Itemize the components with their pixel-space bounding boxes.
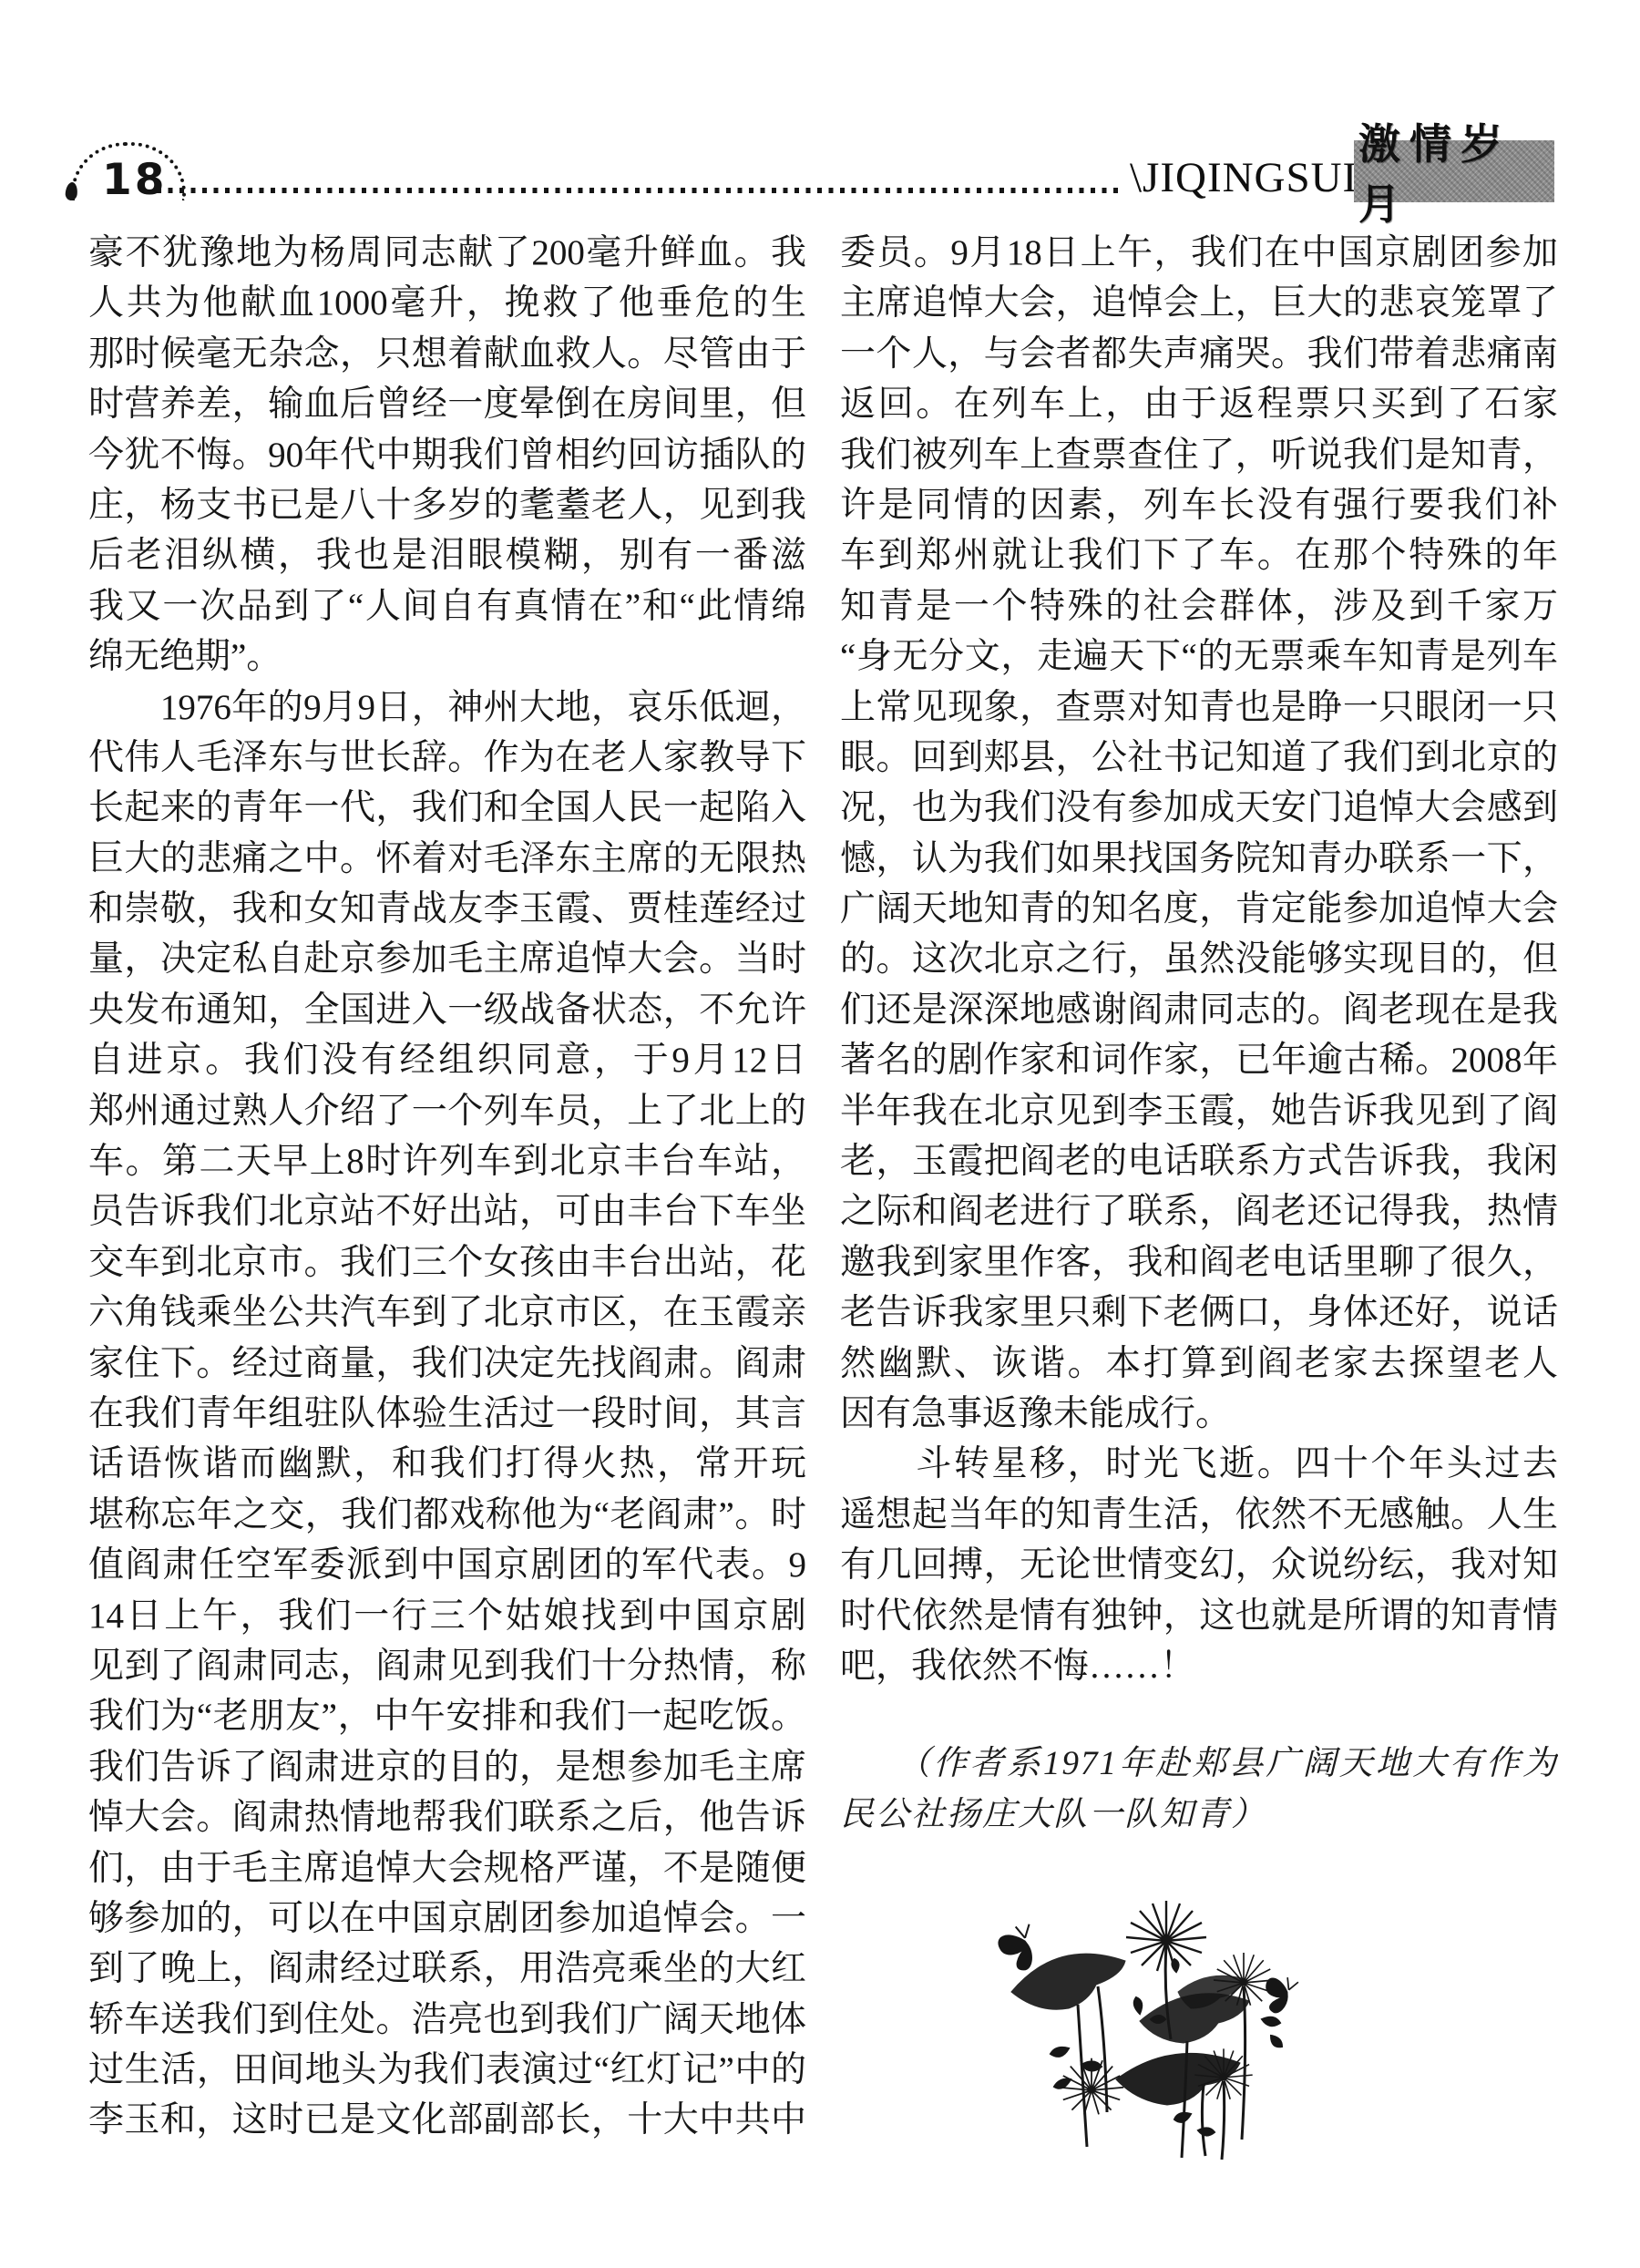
text-line: 豪不犹豫地为杨周同志献了200毫升鲜血。我们四 <box>88 228 806 278</box>
text-line: 眼。回到郏县，公社书记知道了我们到北京的情 <box>840 733 1558 783</box>
text-line: 1976年的9月9日，神州大地，哀乐低迴，一 <box>88 682 806 733</box>
text-line: 人共为他献血1000毫升，挽救了他垂危的生命。 <box>88 278 806 328</box>
text-line: 老，玉霞把阎老的电话联系方式告诉我，我闲暇 <box>840 1136 1558 1186</box>
text-line: 那时候毫无杂念，只想着献血救人。尽管由于当 <box>88 329 806 379</box>
page-number: 18 <box>102 155 167 205</box>
text-line: （作者系1971年赴郏县广阔天地大有作为人 <box>840 1739 1558 1789</box>
text-line: 我们告诉了阎肃进京的目的，是想参加毛主席追 <box>88 1742 806 1792</box>
text-line: 堪称忘年之交，我们都戏称他为“老阎肃”。时 <box>88 1490 806 1540</box>
text-line: 郑州通过熟人介绍了一个列车员，上了北上的列 <box>88 1086 806 1136</box>
text-line: 交车到北京市。我们三个女孩由丰台出站，花了 <box>88 1237 806 1288</box>
text-line: 况，也为我们没有参加成天安门追悼大会感到遗 <box>840 783 1558 833</box>
text-line: 代伟人毛泽东与世长辞。作为在老人家教导下成 <box>88 733 806 783</box>
text-line: 话语恢谐而幽默，和我们打得火热，常开玩笑， <box>88 1439 806 1489</box>
text-line: 主席追悼大会，追悼会上，巨大的悲哀笼罩了每 <box>840 278 1558 328</box>
text-line: 们，由于毛主席追悼大会规格严谨，不是随便能 <box>88 1843 806 1893</box>
section-title-box: 激情岁月 <box>1354 140 1554 202</box>
text-line: 14日上午，我们一行三个姑娘找到中国京剧团， <box>88 1591 806 1641</box>
text-line: 我们被列车上查票查住了，听说我们是知青，也 <box>840 430 1558 480</box>
text-line: 车。第二天早上8时许列车到北京丰台车站，列车 <box>88 1136 806 1186</box>
text-line: 知青是一个特殊的社会群体，涉及到千家万户， <box>840 581 1558 631</box>
text-line: 后老泪纵横，我也是泪眼模糊，别有一番滋味， <box>88 530 806 580</box>
magazine-page: 18 \JIQINGSUIYUE 激情岁月 豪不犹豫地为杨周同志献了200毫升鲜… <box>0 0 1640 2268</box>
text-line: 有几回搏，无论世情变幻，众说纷纭，我对知青 <box>840 1540 1558 1590</box>
text-line: 够参加的，可以在中国京剧团参加追悼会。一直 <box>88 1893 806 1944</box>
text-line: 值阎肃任空军委派到中国京剧团的军代表。9月 <box>88 1540 806 1590</box>
text-line: 们还是深深地感谢阎肃同志的。阎老现在是我国 <box>840 985 1558 1035</box>
text-line: 到了晚上，阎肃经过联系，用浩亮乘坐的大红旗 <box>88 1944 806 1994</box>
text-line: 和崇敬，我和女知青战友李玉霞、贾桂莲经过商 <box>88 884 806 934</box>
right-column: 委员。9月18日上午，我们在中国京剧团参加了毛主席追悼大会，追悼会上，巨大的悲哀… <box>840 228 1558 1840</box>
text-line: 车到郑州就让我们下了车。在那个特殊的年代， <box>840 530 1558 580</box>
text-line: 家住下。经过商量，我们决定先找阎肃。阎肃曾 <box>88 1339 806 1389</box>
text-line: 遥想起当年的知青生活，依然不无感触。人生能 <box>840 1490 1558 1540</box>
text-line: 一个人，与会者都失声痛哭。我们带着悲痛南下 <box>840 329 1558 379</box>
text-line: 过生活，田间地头为我们表演过“红灯记”中的 <box>88 2045 806 2095</box>
section-title: 激情岁月 <box>1358 111 1559 231</box>
text-line: 时营养差，输血后曾经一度晕倒在房间里，但至 <box>88 379 806 429</box>
text-line: 长起来的青年一代，我们和全国人民一起陷入了 <box>88 783 806 833</box>
text-line: 央发布通知，全国进入一级战备状态，不允许私 <box>88 985 806 1035</box>
text-line: 自进京。我们没有经组织同意，于9月12日晚，在 <box>88 1035 806 1085</box>
text-line: 然幽默、诙谐。本打算到阎老家去探望老人家， <box>840 1339 1558 1389</box>
text-line: 在我们青年组驻队体验生活过一段时间，其言谈 <box>88 1389 806 1439</box>
text-line: 著名的剧作家和词作家，已年逾古稀。2008年上 <box>840 1035 1558 1085</box>
left-column: 豪不犹豫地为杨周同志献了200毫升鲜血。我们四人共为他献血1000毫升，挽救了他… <box>88 228 806 2146</box>
text-line: 因有急事返豫未能成行。 <box>840 1389 1558 1439</box>
dotted-leader-line <box>157 188 1124 193</box>
text-line: 时代依然是情有独钟，这也就是所谓的知青情结 <box>840 1591 1558 1641</box>
text-line: 庄，杨支书已是八十多岁的耄耋老人，见到我们 <box>88 480 806 530</box>
text-line: 民公社扬庄大队一队知青） <box>840 1790 1558 1840</box>
text-line: 巨大的悲痛之中。怀着对毛泽东主席的无限热爱 <box>88 834 806 884</box>
text-line: 员告诉我们北京站不好出站，可由丰台下车坐公 <box>88 1186 806 1237</box>
butterfly-icon <box>1259 1973 1298 2017</box>
text-line: 轿车送我们到住处。浩亮也到我们广阔天地体验 <box>88 1995 806 2045</box>
text-line: 半年我在北京见到李玉霞，她告诉我见到了阎 <box>840 1086 1558 1136</box>
text-line: 许是同情的因素，列车长没有强行要我们补票， <box>840 480 1558 530</box>
text-line: 返回。在列车上，由于返程票只买到了石家庄， <box>840 379 1558 429</box>
text-line: 的。这次北京之行，虽然没能够实现目的，但我 <box>840 934 1558 984</box>
text-line: 见到了阎肃同志，阎肃见到我们十分热情，称呼 <box>88 1641 806 1691</box>
text-line: 量，决定私自赴京参加毛主席追悼大会。当时中 <box>88 934 806 984</box>
text-line: 委员。9月18日上午，我们在中国京剧团参加了毛 <box>840 228 1558 278</box>
text-line: 吧，我依然不悔……！ <box>840 1641 1558 1691</box>
text-line: 悼大会。阎肃热情地帮我们联系之后，他告诉我 <box>88 1792 806 1842</box>
text-line: 广阔天地知青的知名度，肯定能参加追悼大会 <box>840 884 1558 934</box>
attribution: （作者系1971年赴郏县广阔天地大有作为人民公社扬庄大队一队知青） <box>840 1739 1558 1840</box>
text-line: 今犹不悔。90年代中期我们曾相约回访插队的杨 <box>88 430 806 480</box>
text-line: “身无分文，走遍天下“的无票乘车知青是列车 <box>840 631 1558 682</box>
text-line: 斗转星移，时光飞逝。四十个年头过去了， <box>840 1439 1558 1489</box>
text-line: 我们为“老朋友”，中午安排和我们一起吃饭。 <box>88 1691 806 1741</box>
text-line: 上常见现象，查票对知青也是睁一只眼闭一只 <box>840 682 1558 733</box>
text-line: 之际和阎老进行了联系，阎老还记得我，热情地 <box>840 1186 1558 1237</box>
text-line: 邀我到家里作客，我和阎老电话里聊了很久，阎 <box>840 1237 1558 1288</box>
text-line: 绵无绝期”。 <box>88 631 806 682</box>
text-line: 老告诉我家里只剩下老俩口，身体还好，说话依 <box>840 1288 1558 1338</box>
butterfly-icon <box>995 1923 1042 1976</box>
text-line: 我又一次品到了“人间自有真情在”和“此情绵 <box>88 581 806 631</box>
text-line: 憾，认为我们如果找国务院知青办联系一下，以 <box>840 834 1558 884</box>
text-line: 李玉和，这时已是文化部副部长，十大中共中央 <box>88 2095 806 2145</box>
page-number-ornament: 18 <box>69 133 251 215</box>
ink-lotus-illustration <box>961 1884 1353 2194</box>
text-line: 六角钱乘坐公共汽车到了北京市区，在玉霞亲戚 <box>88 1288 806 1338</box>
right-column-body: 委员。9月18日上午，我们在中国京剧团参加了毛主席追悼大会，追悼会上，巨大的悲哀… <box>840 228 1558 1691</box>
